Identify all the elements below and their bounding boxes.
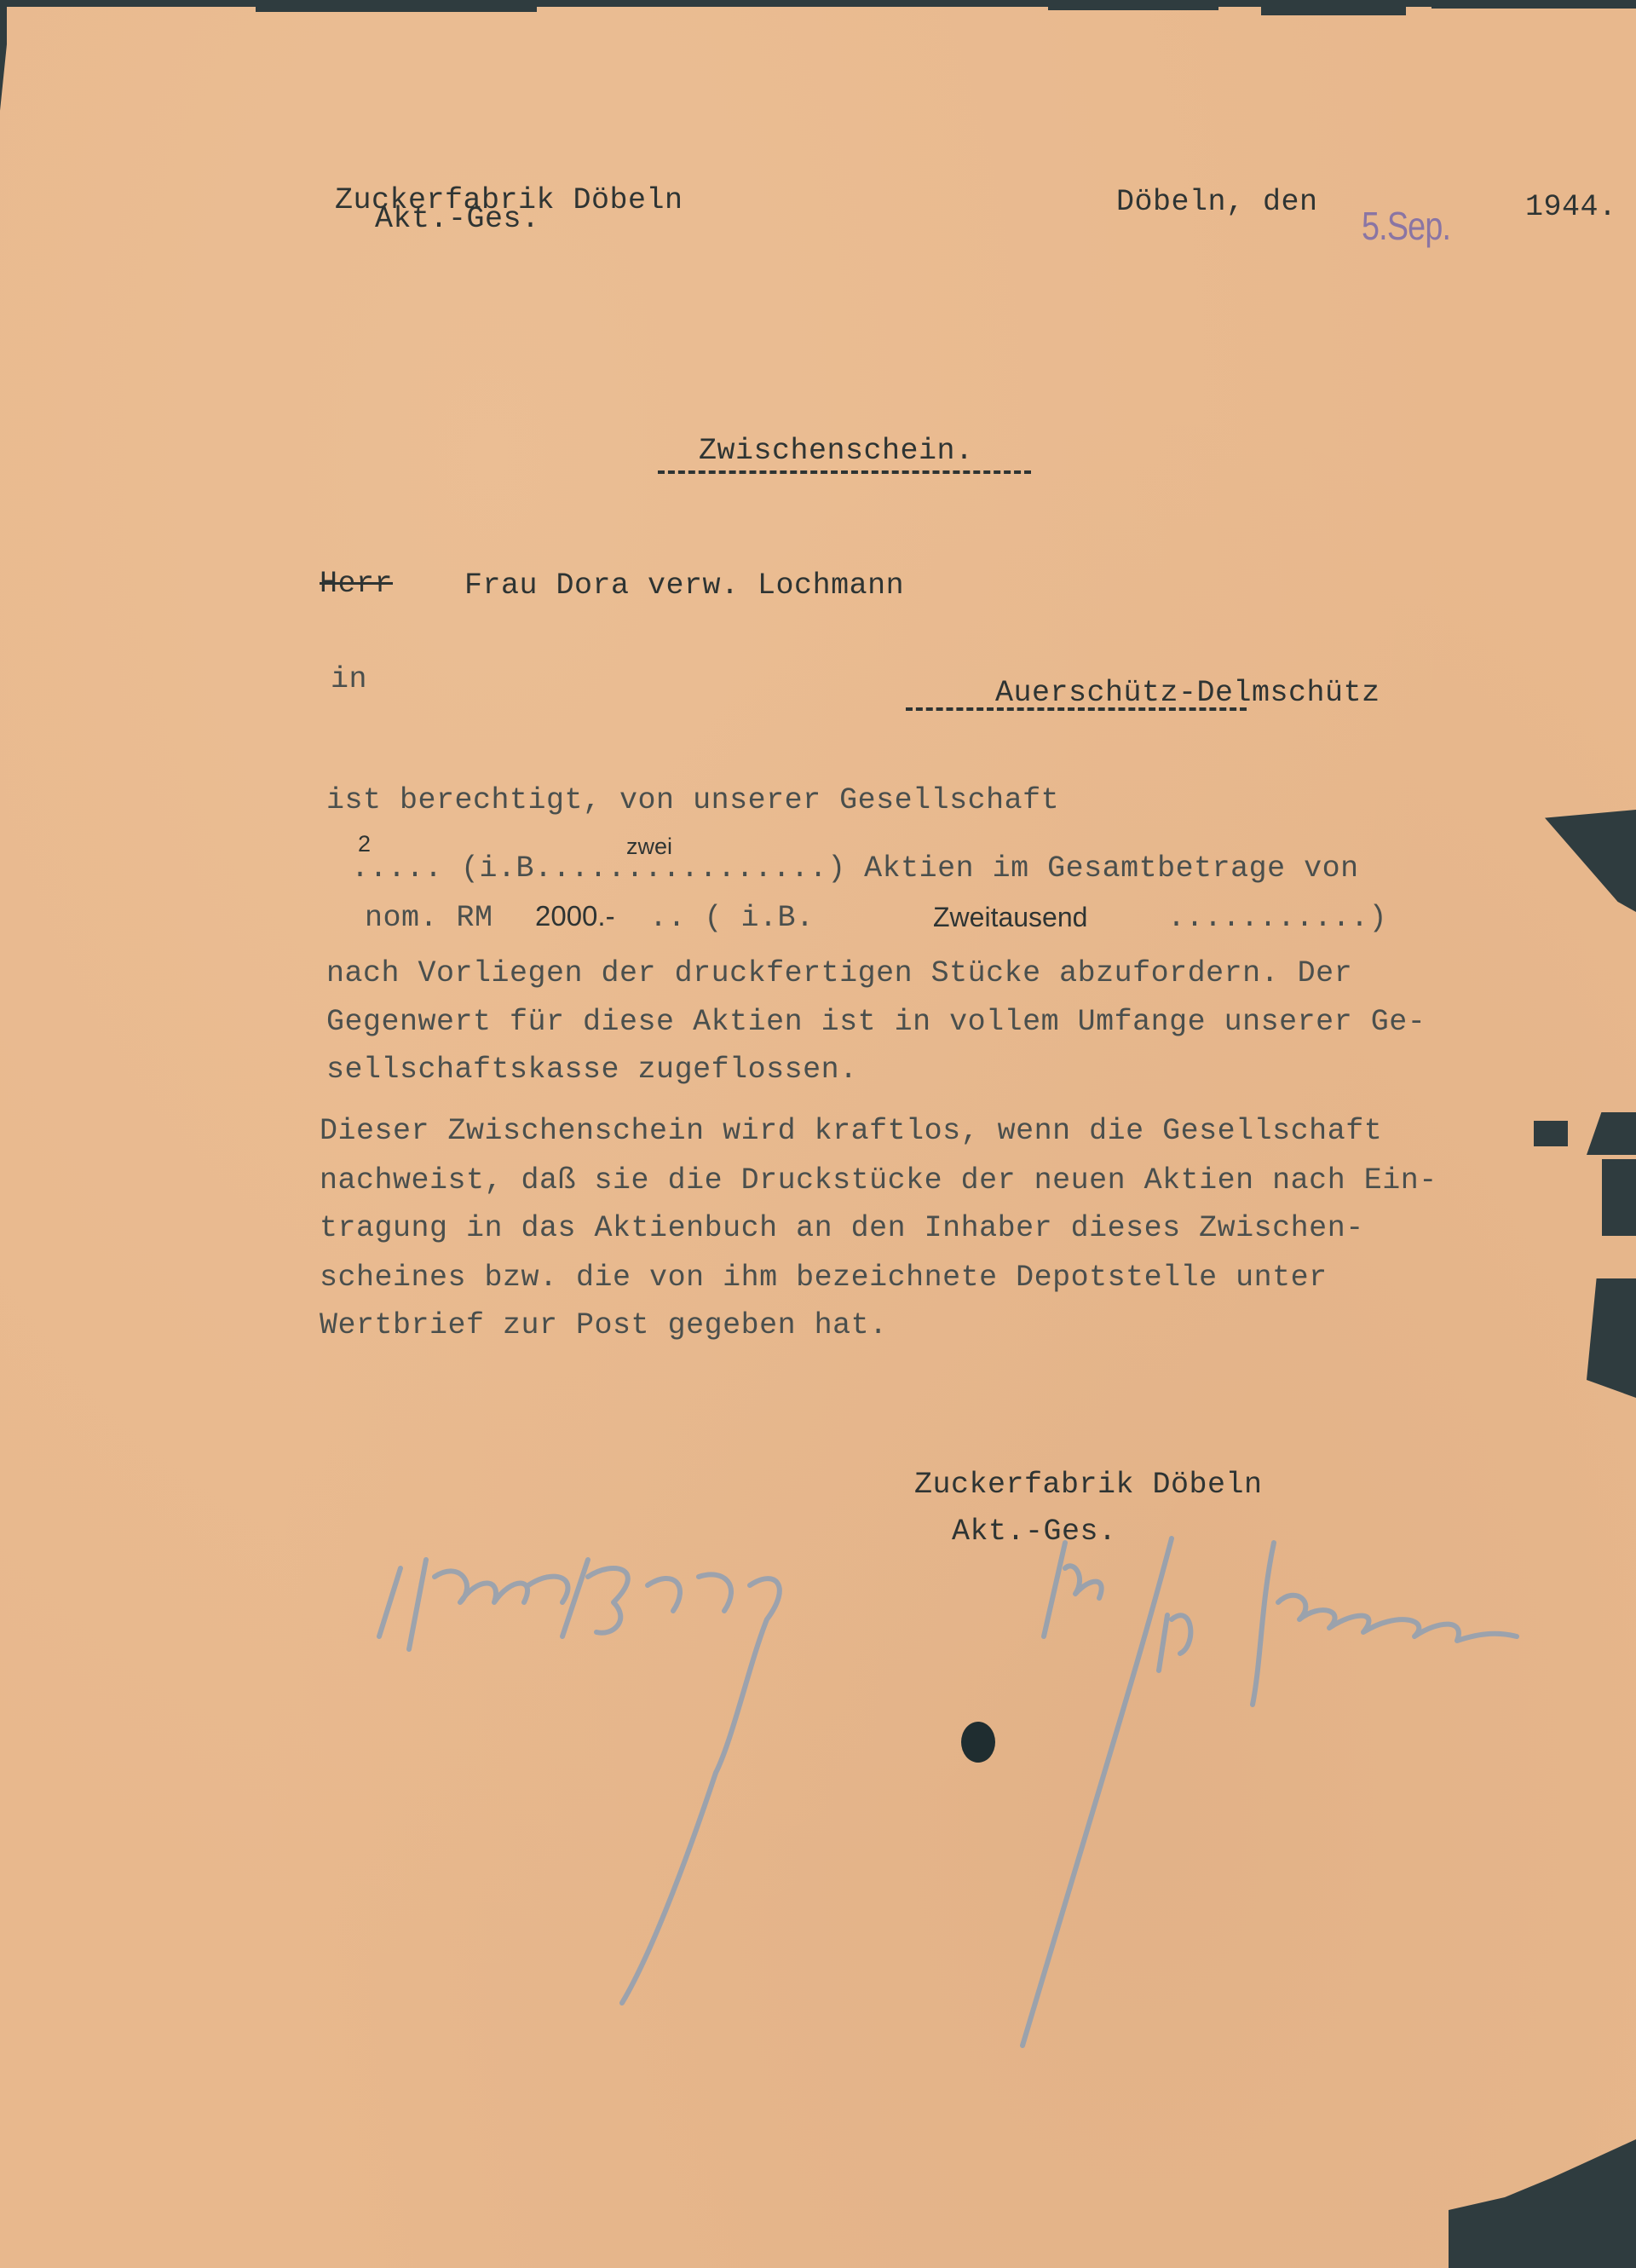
handwritten-signatures: [0, 0, 1636, 2268]
ink-blot: [961, 1722, 995, 1763]
